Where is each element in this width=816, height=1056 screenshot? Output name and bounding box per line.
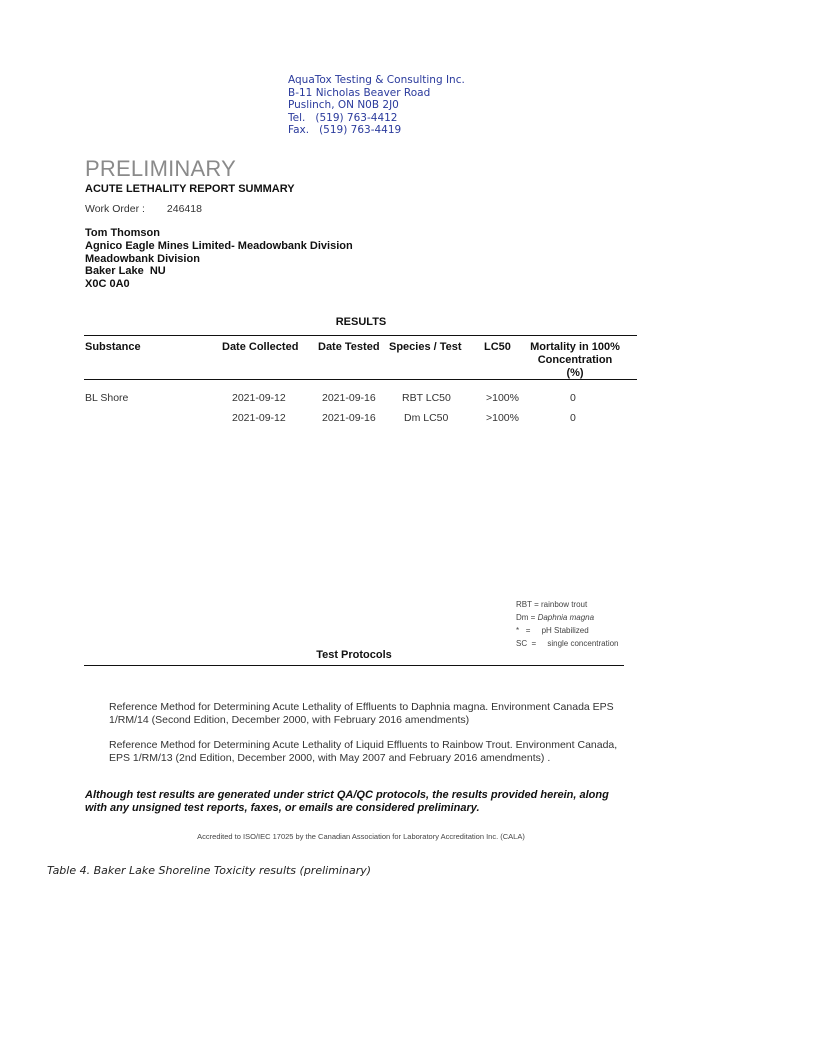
cell-test: Dm LC50	[404, 412, 448, 424]
cell-tested: 2021-09-16	[322, 412, 376, 424]
header-mortality: Mortality in 100% Concentration (%)	[524, 341, 626, 380]
client-address: Tom Thomson Agnico Eagle Mines Limited- …	[85, 227, 353, 291]
divider	[84, 379, 637, 380]
results-title: RESULTS	[0, 316, 722, 328]
protocol-item: Reference Method for Determining Acute L…	[109, 739, 629, 765]
client-contact: Tom Thomson	[85, 227, 353, 240]
work-order-label: Work Order :	[85, 203, 145, 215]
legend-dm: Dm = Daphnia magna	[516, 611, 619, 624]
cell-lc50: >100%	[486, 392, 519, 404]
header-mortality-line2: Concentration	[524, 354, 626, 367]
client-city: Baker Lake NU	[85, 265, 353, 278]
legend-dm-value: Daphnia magna	[538, 613, 594, 622]
divider	[84, 335, 637, 336]
lab-street: B-11 Nicholas Beaver Road	[288, 87, 465, 100]
header-date-tested: Date Tested	[318, 341, 380, 353]
cell-collected: 2021-09-12	[232, 392, 286, 404]
cell-tested: 2021-09-16	[322, 392, 376, 404]
cell-test: RBT LC50	[402, 392, 451, 404]
lab-letterhead: AquaTox Testing & Consulting Inc. B-11 N…	[288, 74, 465, 137]
cell-collected: 2021-09-12	[232, 412, 286, 424]
abbreviation-legend: RBT = rainbow trout Dm = Daphnia magna *…	[516, 598, 619, 650]
client-division: Meadowbank Division	[85, 253, 353, 266]
divider	[84, 665, 624, 666]
legend-rbt: RBT = rainbow trout	[516, 598, 619, 611]
cell-substance: BL Shore	[85, 392, 128, 404]
report-status: PRELIMINARY	[85, 156, 236, 182]
lab-tel: Tel. (519) 763-4412	[288, 112, 465, 125]
report-title: ACUTE LETHALITY REPORT SUMMARY	[85, 183, 295, 195]
legend-dm-key: Dm =	[516, 613, 538, 622]
header-date-collected: Date Collected	[222, 341, 298, 353]
cell-mortality: 0	[570, 412, 576, 424]
cell-mortality: 0	[570, 392, 576, 404]
client-company: Agnico Eagle Mines Limited- Meadowbank D…	[85, 240, 353, 253]
lab-city: Puslinch, ON N0B 2J0	[288, 99, 465, 112]
client-postal: X0C 0A0	[85, 278, 353, 291]
cell-lc50: >100%	[486, 412, 519, 424]
lab-fax: Fax. (519) 763-4419	[288, 124, 465, 137]
legend-star: * = pH Stabilized	[516, 624, 619, 637]
disclaimer: Although test results are generated unde…	[85, 789, 625, 815]
header-lc50: LC50	[484, 341, 511, 353]
protocol-item: Reference Method for Determining Acute L…	[109, 701, 629, 727]
table-caption: Table 4. Baker Lake Shoreline Toxicity r…	[47, 864, 371, 877]
work-order: Work Order :246418	[85, 203, 202, 215]
accreditation-note: Accredited to ISO/IEC 17025 by the Canad…	[0, 832, 722, 841]
work-order-value: 246418	[167, 203, 202, 215]
lab-name: AquaTox Testing & Consulting Inc.	[288, 74, 465, 87]
protocols-title: Test Protocols	[0, 649, 708, 661]
header-mortality-line1: Mortality in 100%	[524, 341, 626, 354]
header-species-test: Species / Test	[389, 341, 462, 353]
header-substance: Substance	[85, 341, 141, 353]
